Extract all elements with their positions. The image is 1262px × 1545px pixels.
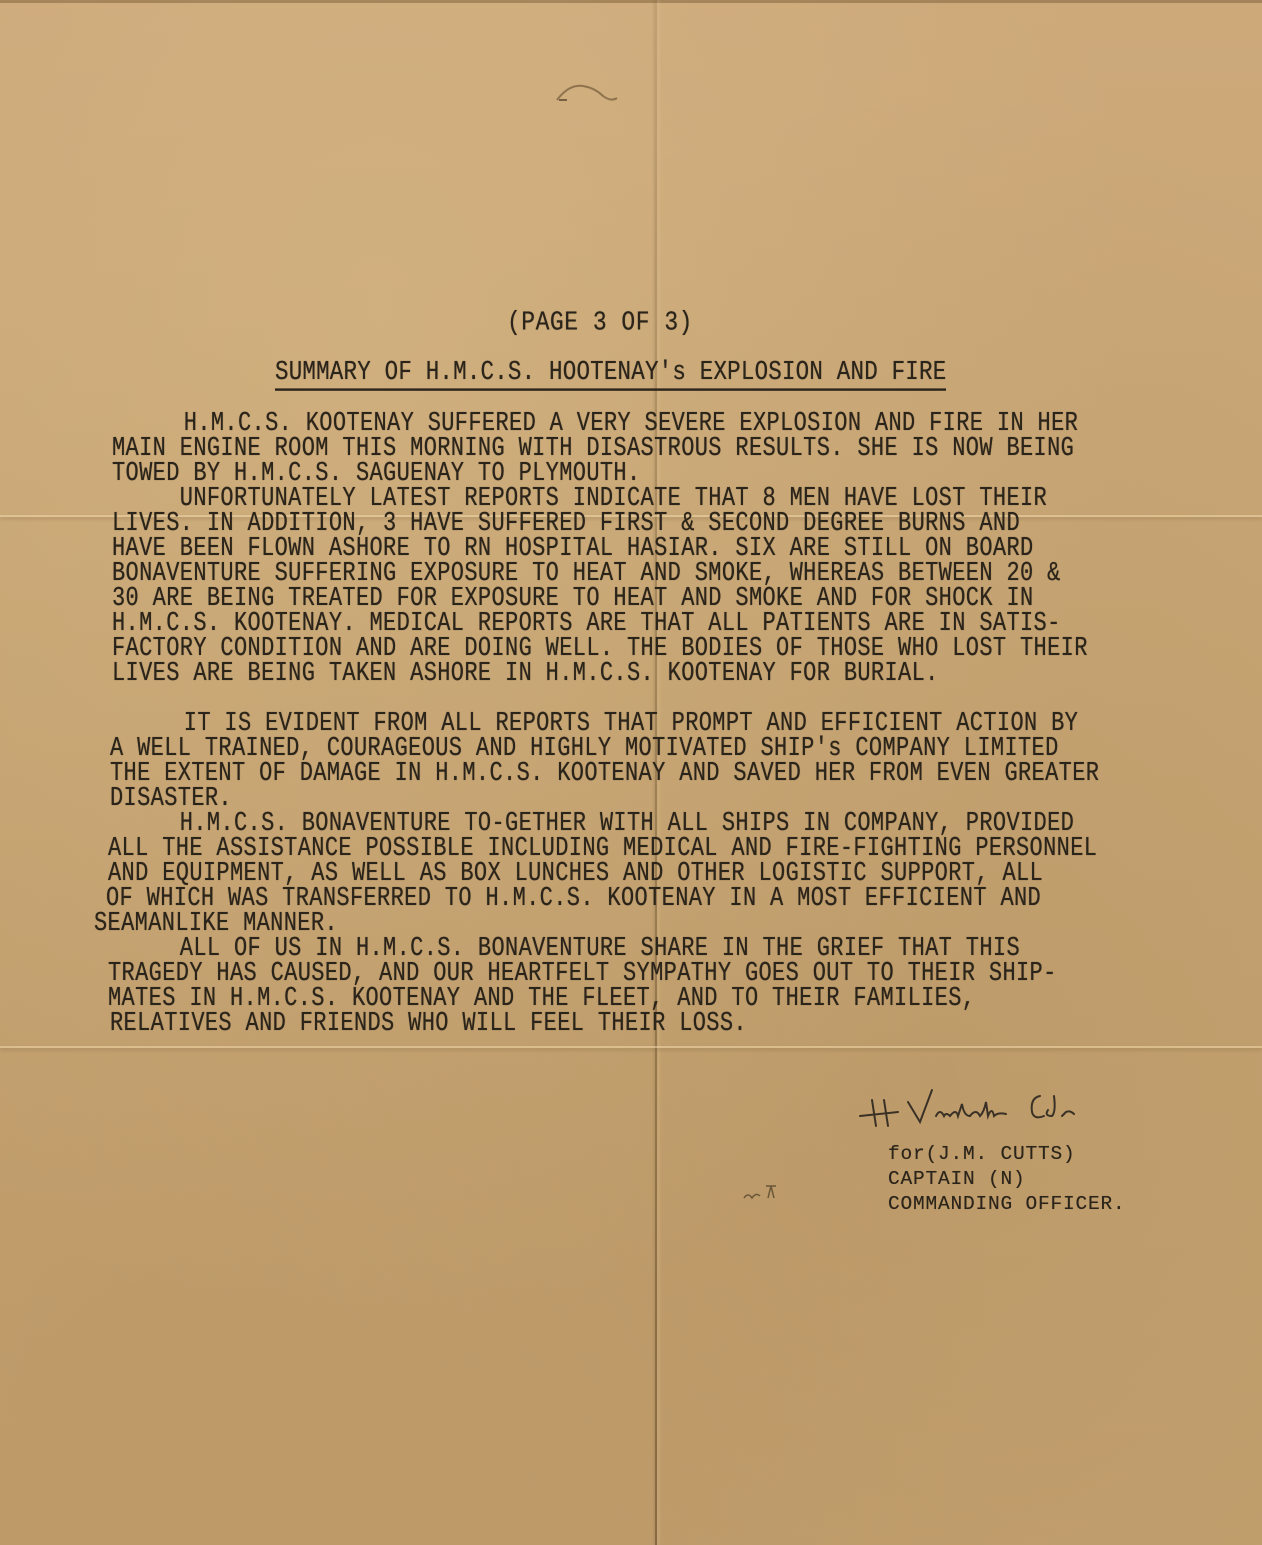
page-marker: (PAGE 3 OF 3): [507, 307, 693, 338]
body-line: THE EXTENT OF DAMAGE IN H.M.C.S. KOOTENA…: [110, 758, 1099, 789]
horizontal-fold-line: [0, 1046, 1262, 1048]
signatory-rank: CAPTAIN (N): [888, 1167, 1126, 1192]
ink-mark-icon: [742, 1180, 782, 1206]
body-line: RELATIVES AND FRIENDS WHO WILL FEEL THEI…: [110, 1008, 747, 1039]
embossed-mark-icon: [555, 78, 635, 108]
document-title: SUMMARY OF H.M.C.S. HOOTENAY's EXPLOSION…: [275, 356, 946, 391]
paper-sheet: (PAGE 3 OF 3) SUMMARY OF H.M.C.S. HOOTEN…: [0, 0, 1262, 1545]
handwritten-signature: [858, 1082, 1178, 1132]
signatory-title: COMMANDING OFFICER.: [888, 1192, 1126, 1217]
body-line: LIVES ARE BEING TAKEN ASHORE IN H.M.C.S.…: [112, 658, 939, 689]
paper-top-edge: [0, 0, 1262, 3]
signatory-name: for(J.M. CUTTS): [888, 1142, 1126, 1167]
signature-block: for(J.M. CUTTS) CAPTAIN (N) COMMANDING O…: [888, 1142, 1126, 1217]
